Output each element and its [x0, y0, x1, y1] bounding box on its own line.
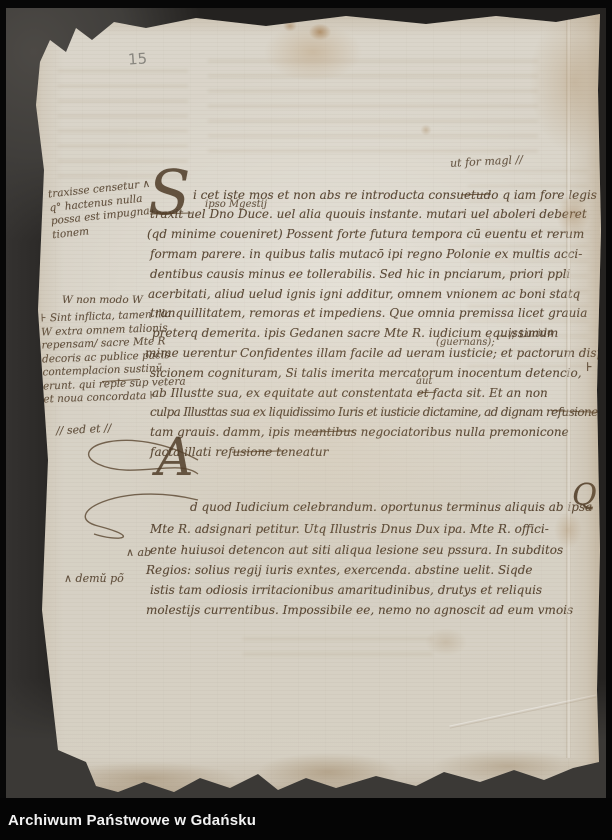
scanned-document-photo: 15 ut for magl // traxisse censetur ∧ q°… [0, 0, 612, 840]
manuscript-line: tam grauis. damm, ipis mcantibus negocia… [150, 425, 569, 439]
manuscript-line: culpa Illusttas sua ex liquidissimo Iuri… [150, 405, 608, 419]
manuscript-line: acerbitati, aliud uelud ignis igni addit… [148, 287, 580, 301]
manuscript-line: sicionem cognituram, Si talis imerita me… [150, 366, 582, 380]
manuscript-line: Regios: solius regij iuris exntes, exerc… [146, 563, 532, 577]
right-edge-flourish: Q [572, 478, 597, 513]
right-edge-mark: ⊦ [586, 360, 593, 374]
margin-note-6: ∧ demŭ põ [64, 572, 124, 586]
margin-note-2: W non modo W [62, 294, 143, 308]
show-through-text [208, 60, 538, 160]
manuscript-line: mime uerentur Confidentes illam facile a… [145, 346, 612, 360]
manuscript-line: istis tam odiosis irritacionibus amaritu… [150, 583, 542, 597]
decorated-initial-a: A [156, 438, 194, 480]
manuscript-line: ab Illustte sua, ex equitate aut consten… [152, 386, 548, 400]
manuscript-line: d quod Iudicium celebrandum. oportunus t… [190, 500, 592, 514]
manuscript-line: dentibus causis minus ee tollerabilis. S… [150, 267, 570, 281]
show-through-text [243, 638, 433, 658]
manuscript-page: 15 ut for magl // traxisse censetur ∧ q°… [28, 10, 604, 798]
manuscript-line: ente huiusoi detencon aut siti aliqua le… [150, 543, 563, 557]
margin-note-4: // sed et // [56, 422, 112, 438]
caption-band: Archiwum Państwowe w Gdańsku [0, 798, 612, 840]
diagonal-crease [449, 694, 596, 728]
manuscript-line: formam parere. in quibus talis mutacō ip… [150, 247, 582, 261]
vertical-fold-crease [566, 16, 571, 758]
margin-note-1: traxisse censetur ∧ q° hactenus nulla po… [47, 178, 155, 242]
manuscript-line: molestijs currentibus. Impossibile ee, n… [146, 603, 573, 617]
manuscript-line: Mte R. adsignari petitur. Utq Illustris … [150, 522, 549, 536]
folio-number: 15 [127, 49, 147, 68]
manuscript-line: tranquillitatem, remoras et impediens. Q… [150, 306, 587, 320]
manuscript-line: (qd minime coueniret) Possent forte futu… [147, 227, 584, 241]
manuscript-line: traxit uel Dno Duce. uel alia quouis ins… [150, 207, 587, 221]
annotation-top-right: ut for magl // [450, 153, 524, 170]
margin-note-5: ∧ ab [126, 546, 151, 560]
archive-watermark-label: Archiwum Państwowe w Gdańsku [8, 812, 256, 829]
